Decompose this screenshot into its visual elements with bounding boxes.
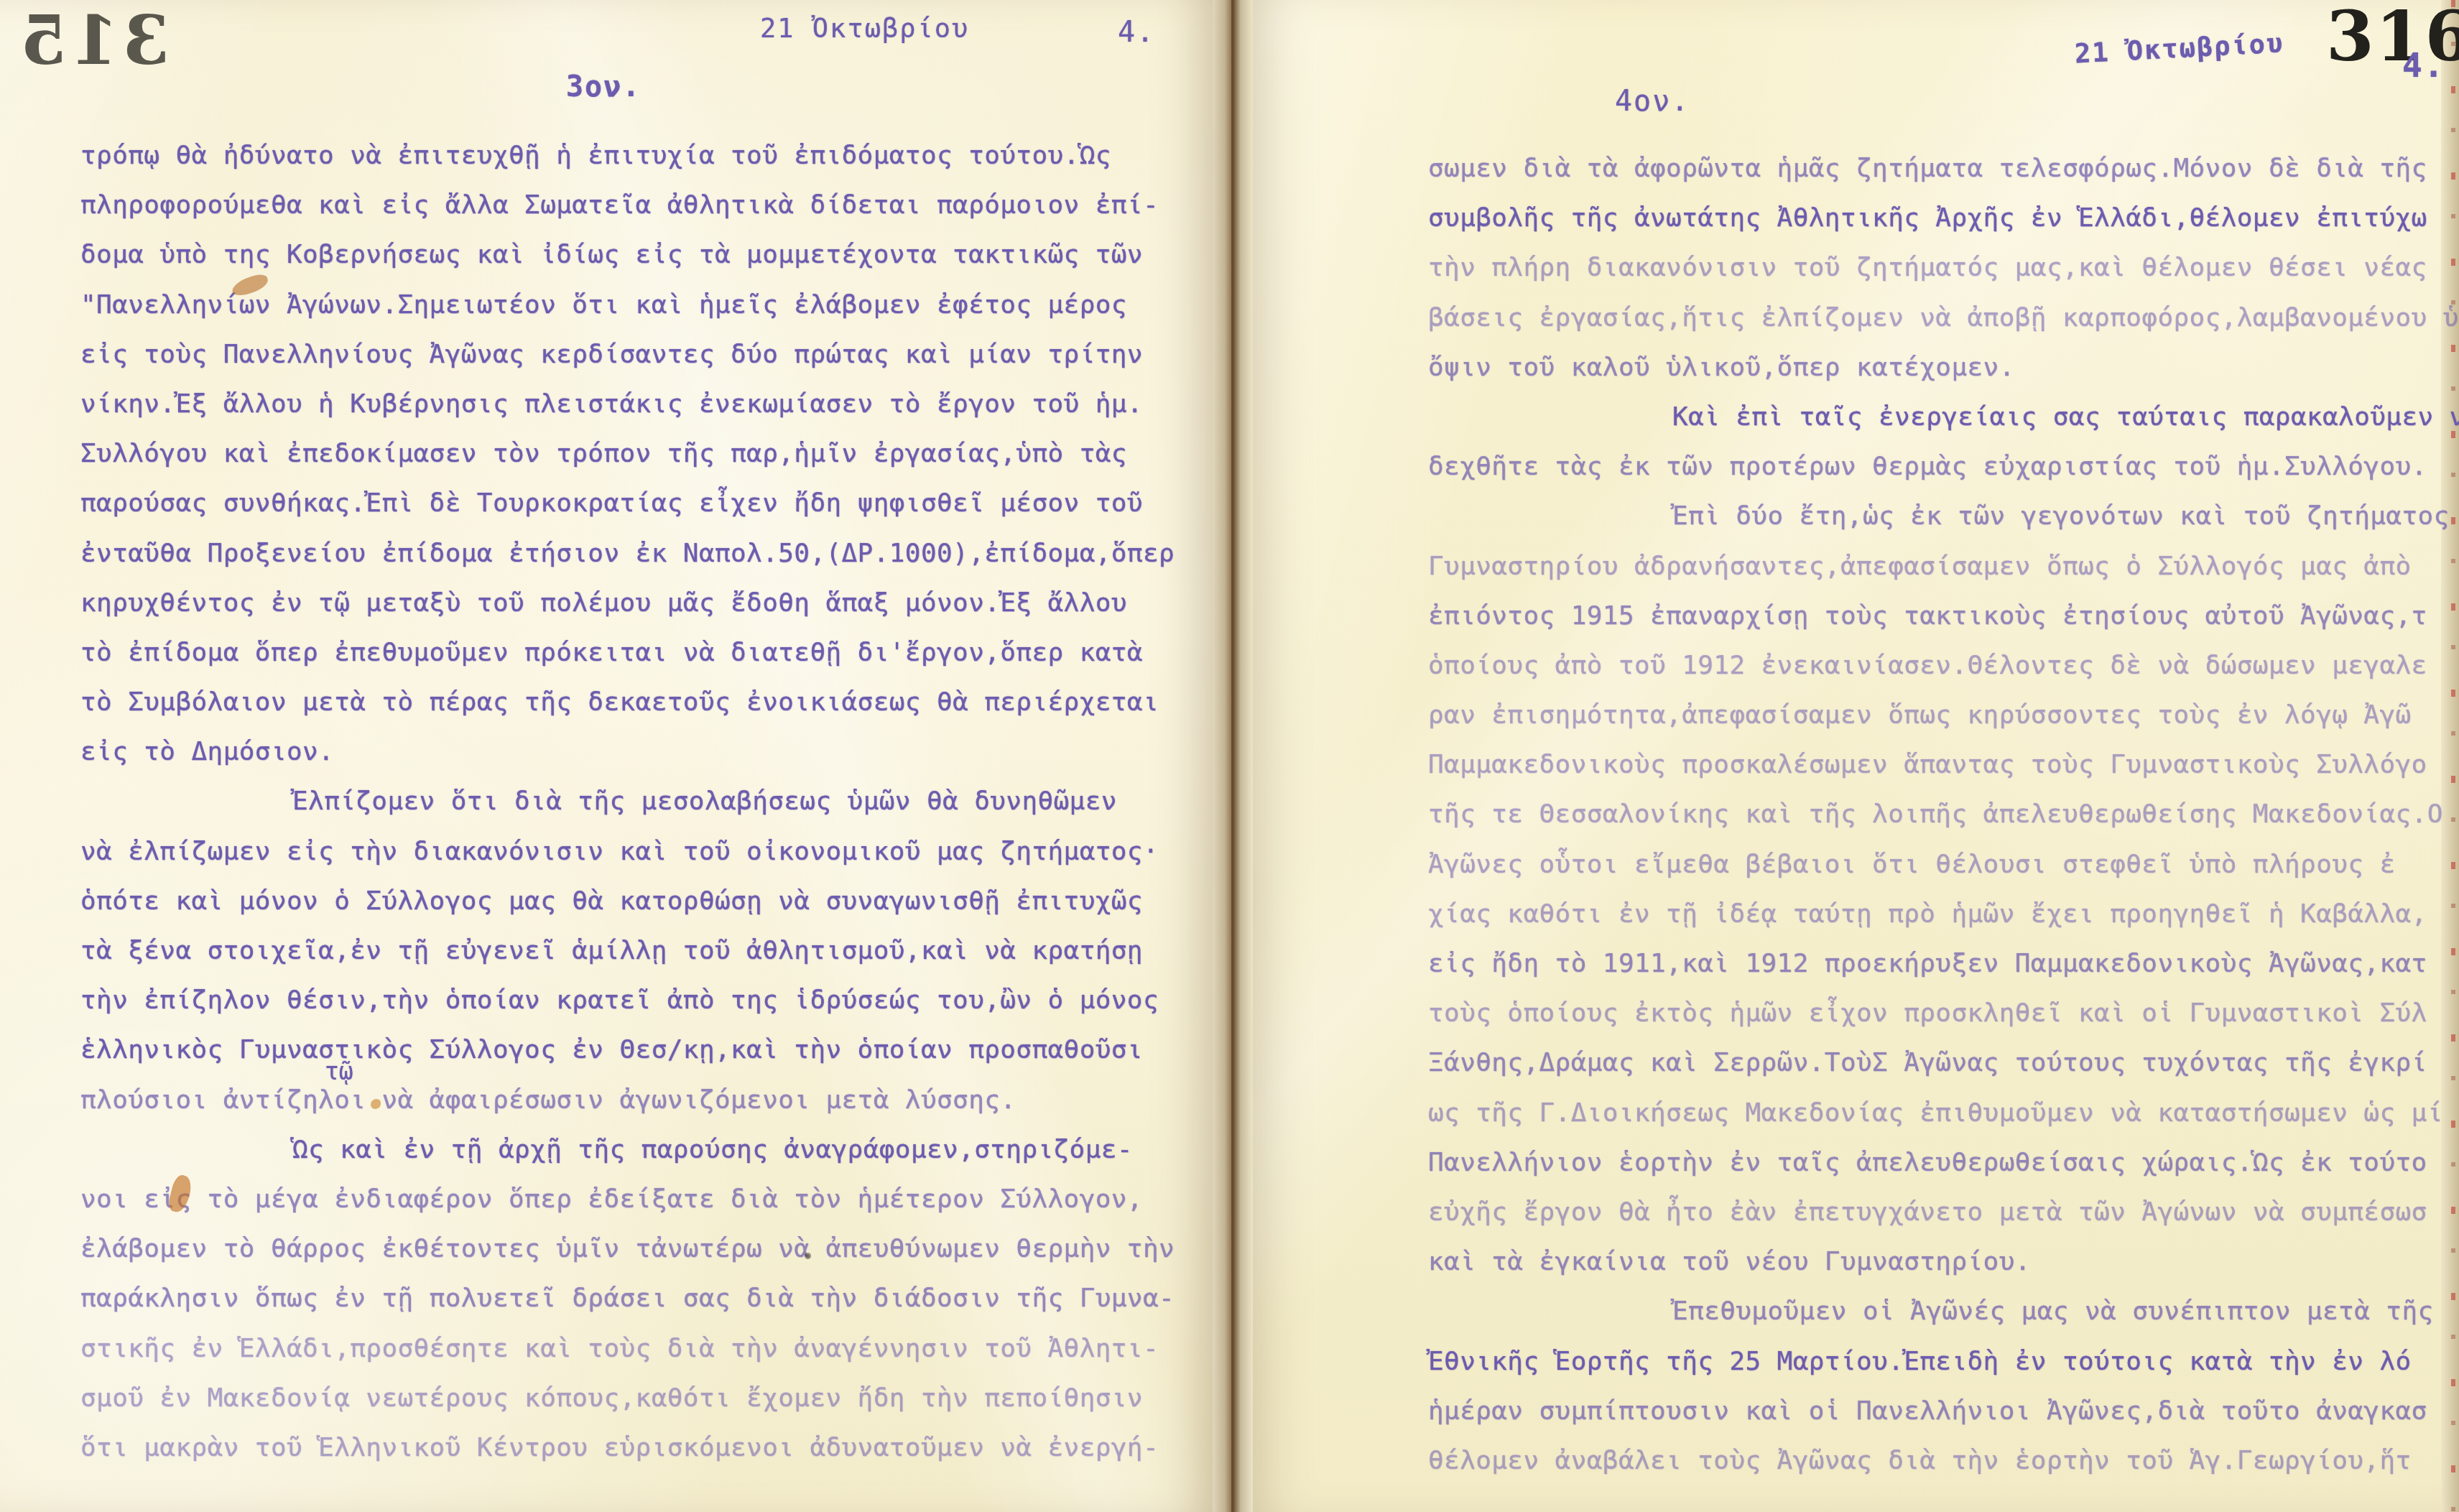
paper-speck — [805, 1253, 811, 1259]
typewritten-line: ἐπιόντος 1915 ἐπαναρχίσῃ τοὺς τακτικοὺς … — [1428, 601, 2459, 651]
scanned-letter-spread: 315 316 21 Ὀκτωβρίου 4. 3ον. 21 Ὀκτωβρίο… — [0, 0, 2459, 1512]
typewritten-line: Παμμακεδονικοὺς προσκαλέσωμεν ἅπαντας το… — [1428, 750, 2459, 799]
typewritten-line: εἰς τοὺς Πανελληνίους Ἀγῶνας κερδίσαντες… — [80, 340, 1201, 389]
typewritten-line: βάσεις ἐργασίας,ἥτις ἐλπίζομεν νὰ ἀποβῇ … — [1428, 303, 2459, 353]
typewritten-line: τρόπῳ θὰ ἠδύνατο νὰ ἐπιτευχθῇ ἡ ἐπιτυχία… — [80, 141, 1201, 190]
typewritten-line: Πανελλήνιον ἑορτὴν ἐν ταῖς ἀπελευθερωθεί… — [1428, 1148, 2459, 1197]
typewritten-line: Γυμναστηρίου ἀδρανήσαντες,ἀπεφασίσαμεν ὅ… — [1428, 552, 2459, 601]
typewritten-line: πλούσιοι ἀντίζηλοι νὰ ἀφαιρέσωσιν ἀγωνιζ… — [80, 1085, 1201, 1135]
left-header-date: 21 Ὀκτωβρίου — [760, 13, 969, 44]
typewritten-line: εὐχῆς ἔργον θὰ ἦτο ἐὰν ἐπετυγχάνετο μετὰ… — [1428, 1197, 2459, 1247]
typewritten-line: Ἐπεθυμοῦμεν οἱ Ἀγῶνές μας νὰ συνέπιπτον … — [1428, 1297, 2459, 1346]
left-page-text: τρόπῳ θὰ ἠδύνατο νὰ ἐπιτευχθῇ ἡ ἐπιτυχία… — [80, 141, 1201, 1483]
fold-line — [1231, 0, 1233, 1512]
typewritten-line: παρούσας συνθήκας.Ἐπὶ δὲ Τουρκοκρατίας ε… — [80, 488, 1201, 538]
typewritten-line: εἰς τὸ Δημόσιον. — [80, 737, 1201, 787]
typewritten-line: τοὺς ὁποίους ἐκτὸς ἡμῶν εἶχον προσκληθεῖ… — [1428, 998, 2459, 1048]
typewritten-line: ἑλληνικὸς Γυμναστικὸς Σύλλογος ἐν Θεσ/κῃ… — [80, 1035, 1201, 1085]
right-header-number: 4. — [2402, 46, 2445, 85]
typewritten-line: ὁπότε καὶ μόνον ὁ Σύλλογος μας θὰ κατορθ… — [80, 886, 1201, 936]
typewritten-line: Συλλόγου καὶ ἐπεδοκίμασεν τὸν τρόπον τῆς… — [80, 439, 1201, 488]
typewritten-line: ραν ἐπισημότητα,ἀπεφασίσαμεν ὅπως κηρύσσ… — [1428, 700, 2459, 750]
typewritten-line: ὄψιν τοῦ καλοῦ ὑλικοῦ,ὅπερ κατέχομεν. — [1428, 353, 2459, 402]
typewritten-line: σμοῦ ἐν Μακεδονίᾳ νεωτέρους κόπους,καθότ… — [80, 1383, 1201, 1433]
typewritten-line: ως τῆς Γ.Διοικήσεως Μακεδονίας ἐπιθυμοῦμ… — [1428, 1098, 2459, 1148]
right-section-marker: 4ον. — [1615, 85, 1690, 118]
typewritten-line: πληροφορούμεθα καὶ εἰς ἄλλα Σωματεῖα ἀθλ… — [80, 190, 1201, 240]
typewritten-line: νοι εἰς τὸ μέγα ἐνδιαφέρον ὅπερ ἐδείξατε… — [80, 1184, 1201, 1234]
typewritten-line: Ξάνθης,Δράμας καὶ Σερρῶν.ΤοὺΣ Ἀγῶνας τού… — [1428, 1048, 2459, 1098]
typewritten-line: ἐνταῦθα Προξενείου ἐπίδομα ἐτήσιον ἐκ Να… — [80, 539, 1201, 588]
typewritten-line: τὸ Συμβόλαιον μετὰ τὸ πέρας τῆς δεκαετοῦ… — [80, 687, 1201, 737]
typewritten-line: νίκην.Ἐξ ἄλλου ἡ Κυβέρνησις πλειστάκις ἐ… — [80, 389, 1201, 439]
typewritten-line: χίας καθότι ἐν τῇ ἰδέᾳ ταύτῃ πρὸ ἡμῶν ἔχ… — [1428, 899, 2459, 949]
typewritten-line: τὴν ἐπίζηλον θέσιν,τὴν ὁποίαν κρατεῖ ἀπὸ… — [80, 985, 1201, 1035]
left-header-number: 4. — [1118, 16, 1155, 49]
typewritten-line: δεχθῆτε τὰς ἐκ τῶν προτέρων θερμὰς εὐχαρ… — [1428, 452, 2459, 501]
typewritten-line: Ὡς καὶ ἐν τῇ ἀρχῇ τῆς παρούσης ἀναγράφομ… — [80, 1135, 1201, 1184]
typewritten-line: ἡμέραν συμπίπτουσιν καὶ οἱ Πανελλήνιοι Ἀ… — [1428, 1396, 2459, 1446]
typewritten-line: Ἐπὶ δύο ἔτη,ὡς ἐκ τῶν γεγονότων καὶ τοῦ … — [1428, 501, 2459, 551]
left-section-marker: 3ον. — [566, 70, 641, 103]
typewritten-line: κηρυχθέντος ἐν τῷ μεταξὺ τοῦ πολέμου μᾶς… — [80, 588, 1201, 638]
typewritten-line: τὸ ἐπίδομα ὅπερ ἐπεθυμοῦμεν πρόκειται νὰ… — [80, 638, 1201, 687]
typewritten-line: Ἀγῶνες οὗτοι εἴμεθα βέβαιοι ὅτι θέλουσι … — [1428, 850, 2459, 899]
typewritten-line: θέλομεν ἀναβάλει τοὺς Ἀγῶνας διὰ τὴν ἑορ… — [1428, 1446, 2459, 1495]
typewritten-line: ὅτι μακρὰν τοῦ Ἑλληνικοῦ Κέντρου εὑρισκό… — [80, 1433, 1201, 1483]
typewritten-line: στικῆς ἐν Ἑλλάδι,προσθέσητε καὶ τοὺς διὰ… — [80, 1334, 1201, 1383]
typewritten-line: τὰ ξένα στοιχεῖα,ἐν τῇ εὐγενεῖ ἁμίλλῃ το… — [80, 936, 1201, 985]
interlinear-insertion: τῷ — [325, 1057, 353, 1085]
typewritten-line: εἰς ἤδη τὸ 1911,καὶ 1912 προεκήρυξεν Παμ… — [1428, 949, 2459, 998]
typewritten-line: ἐλάβομεν τὸ θάρρος ἐκθέτοντες ὑμῖν τἀνωτ… — [80, 1234, 1201, 1284]
typewritten-line: τῆς τε Θεσσαλονίκης καὶ τῆς λοιπῆς ἀπελε… — [1428, 799, 2459, 849]
typewritten-line: συμβολῆς τῆς ἀνωτάτης Ἀθλητικῆς Ἀρχῆς ἐν… — [1428, 203, 2459, 253]
typewritten-line: καὶ τὰ ἐγκαίνια τοῦ νέου Γυμναστηρίου. — [1428, 1247, 2459, 1297]
typewritten-line: σωμεν διὰ τὰ ἀφορῶντα ἡμᾶς ζητήματα τελε… — [1428, 154, 2459, 203]
typewritten-line: τὴν πλήρη διακανόνισιν τοῦ ζητήματός μας… — [1428, 253, 2459, 302]
right-page-text: σωμεν διὰ τὰ ἀφορῶντα ἡμᾶς ζητήματα τελε… — [1428, 154, 2459, 1495]
typewritten-line: "Πανελληνίων Ἀγώνων.Σημειωτέον ὅτι καὶ ἡ… — [80, 290, 1201, 340]
typewritten-line: Καὶ ἐπὶ ταῖς ἐνεργείαις σας ταύταις παρα… — [1428, 402, 2459, 452]
typewritten-line: Ἐθνικῆς Ἑορτῆς τῆς 25 Μαρτίου.Ἐπειδὴ ἐν … — [1428, 1347, 2459, 1396]
typewritten-line: νὰ ἐλπίζωμεν εἰς τὴν διακανόνισιν καὶ το… — [80, 837, 1201, 886]
typewritten-line: ὁποίους ἀπὸ τοῦ 1912 ἐνεκαινίασεν.Θέλοντ… — [1428, 651, 2459, 700]
binding-gutter — [1213, 0, 1253, 1512]
typewritten-line: παράκλησιν ὅπως ἐν τῇ πολυετεῖ δράσει σα… — [80, 1284, 1201, 1333]
page-number-stamp-mirrored: 315 — [16, 1, 170, 80]
typewritten-line: Ἐλπίζομεν ὅτι διὰ τῆς μεσολαβήσεως ὑμῶν … — [80, 787, 1201, 836]
